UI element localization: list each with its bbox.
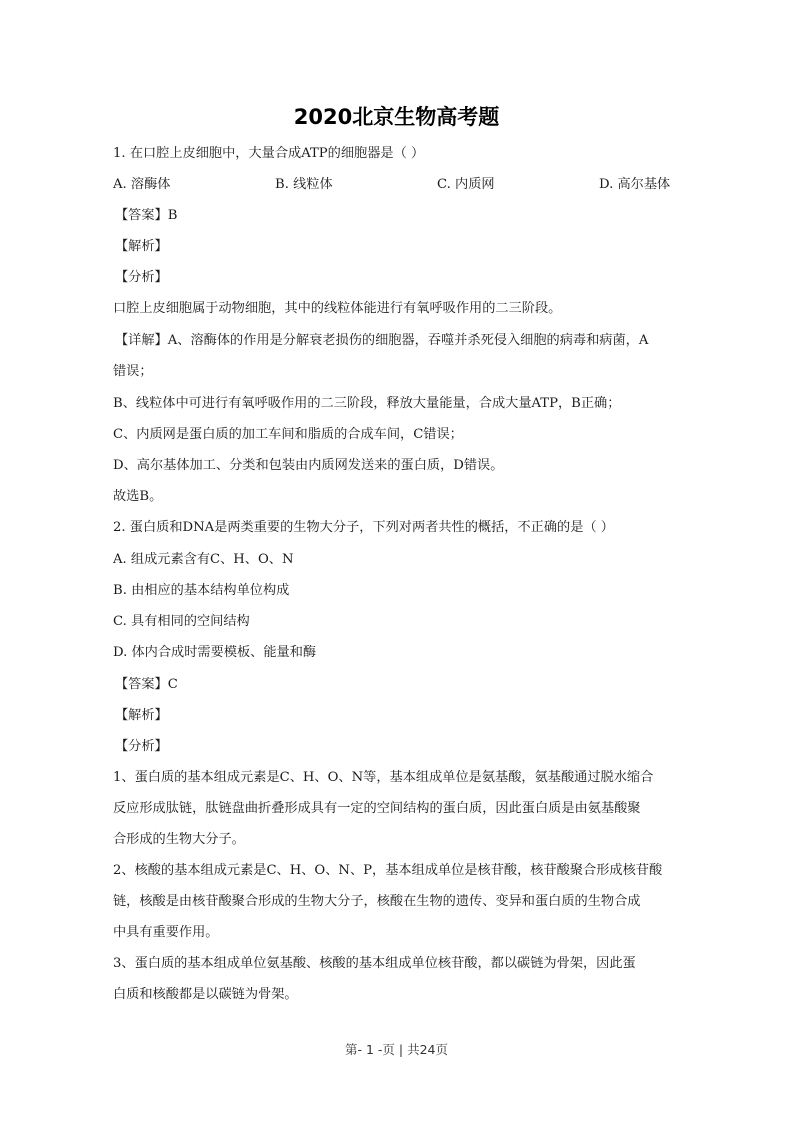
q2-point-2-line-3: 中具有重要作用。 (113, 924, 219, 942)
page-footer: 第- 1 -页 | 共24页 (0, 1040, 793, 1058)
q2-point-3-line-1: 3、蛋白质的基本组成单位氨基酸、核酸的基本组成单位核苷酸，都以碳链为骨架，因此蛋 (113, 955, 636, 973)
page-title: 2020北京生物高考题 (0, 101, 793, 131)
q1-conclusion: 故选B。 (113, 488, 162, 506)
q2-answer: 【答案】C (115, 676, 178, 694)
q1-detail-a-cont: 错误； (113, 363, 153, 381)
q2-point-2-line-2: 链，核酸是由核苷酸聚合形成的生物大分子，核酸在生物的遗传、变异和蛋白质的生物合成 (113, 893, 641, 911)
q2-fenxi-heading: 【分析】 (115, 738, 168, 756)
q2-option-a: A. 组成元素含有C、H、O、N (113, 551, 294, 569)
q2-option-c: C. 具有相同的空间结构 (113, 613, 250, 631)
q1-detail-a: 【详解】A、溶酶体的作用是分解衰老损伤的细胞器，吞噬并杀死侵入细胞的病毒和病菌，… (115, 332, 648, 350)
document-page: 2020北京生物高考题 1. 在口腔上皮细胞中，大量合成ATP的细胞器是（ ） … (0, 0, 793, 1122)
q1-detail-b: B、线粒体中可进行有氧呼吸作用的二三阶段，释放大量能量，合成大量ATP，B正确； (113, 395, 620, 413)
q1-option-d: D. 高尔基体 (599, 176, 670, 194)
q2-point-1-line-1: 1、蛋白质的基本组成元素是C、H、O、N等，基本组成单位是氨基酸，氨基酸通过脱水… (113, 769, 653, 787)
q1-fenxi-heading: 【分析】 (115, 269, 168, 287)
q1-option-b: B. 线粒体 (275, 176, 333, 194)
q1-option-a: A. 溶酶体 (113, 176, 170, 194)
q2-point-3-line-2: 白质和核酸都是以碳链为骨架。 (113, 986, 298, 1004)
q2-point-1-line-2: 反应形成肽链，肽链盘曲折叠形成具有一定的空间结构的蛋白质，因此蛋白质是由氨基酸聚 (113, 800, 641, 818)
q2-point-1-line-3: 合形成的生物大分子。 (113, 831, 245, 849)
q1-option-c: C. 内质网 (437, 176, 495, 194)
q1-analysis: 口腔上皮细胞属于动物细胞，其中的线粒体能进行有氧呼吸作用的二三阶段。 (113, 300, 561, 318)
q2-option-b: B. 由相应的基本结构单位构成 (113, 582, 289, 600)
q2-option-d: D. 体内合成时需要模板、能量和酶 (113, 644, 316, 662)
q2-point-2-line-1: 2、核酸的基本组成元素是C、H、O、N、P，基本组成单位是核苷酸，核苷酸聚合形成… (113, 862, 662, 880)
q2-jiexi-heading: 【解析】 (115, 707, 168, 725)
q1-detail-c: C、内质网是蛋白质的加工车间和脂质的合成车间，C错误； (113, 426, 463, 444)
question-1-stem: 1. 在口腔上皮细胞中，大量合成ATP的细胞器是（ ） (113, 145, 424, 163)
question-2-stem: 2. 蛋白质和DNA是两类重要的生物大分子，下列对两者共性的概括，不正确的是（ … (113, 519, 614, 537)
q1-jiexi-heading: 【解析】 (115, 238, 168, 256)
q1-detail-d: D、高尔基体加工、分类和包装由内质网发送来的蛋白质，D错误。 (113, 457, 503, 475)
q1-answer: 【答案】B (115, 207, 177, 225)
